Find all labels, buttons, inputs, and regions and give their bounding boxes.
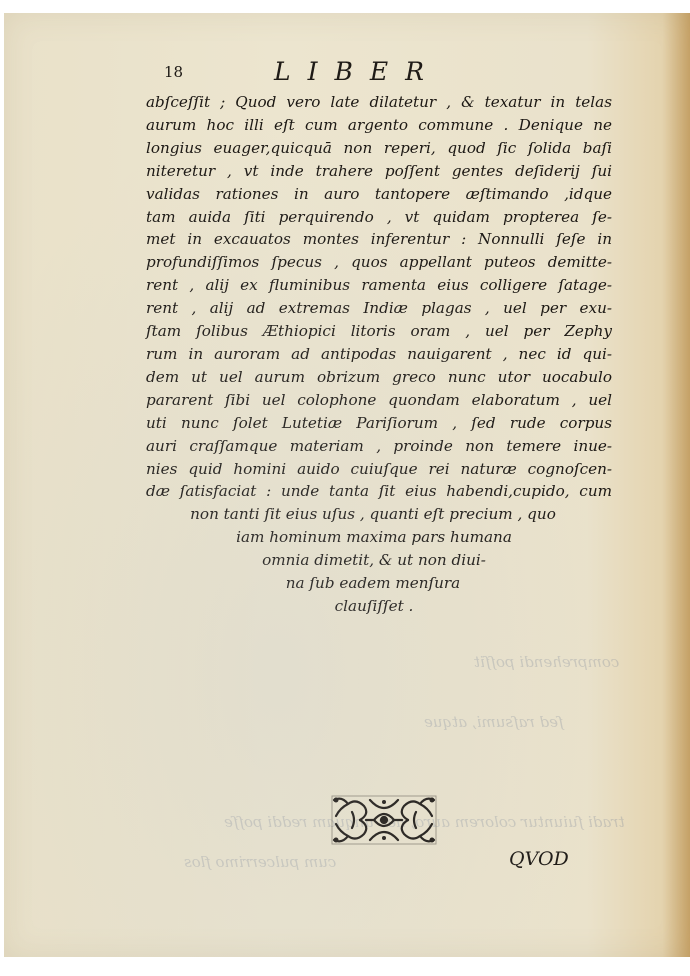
text-line: abſceſſit ; Quod vero late dilatetur , &… (146, 91, 612, 114)
text-line: longius euager,quicquā non reperi, quod … (146, 137, 612, 160)
text-line: nies quid homini auido cuiuſque rei natu… (146, 458, 612, 481)
body-text: abſceſſit ; Quod vero late dilatetur , &… (146, 91, 612, 618)
text-line: met in excauatos montes inferentur : Non… (146, 228, 612, 251)
text-line: auri craſſamque materiam , proinde non t… (146, 435, 612, 458)
text-line: niteretur , vt inde trahere poſſent gent… (146, 160, 612, 183)
text-line: na ſub eadem menſura (146, 572, 612, 595)
running-head: LIBER (274, 57, 441, 86)
text-line: uti nunc ſolet Lutetiæ Pariſiorum , ſed … (146, 412, 612, 435)
text-line: tam auida ſiti perquirendo , vt quidam p… (146, 206, 612, 229)
text-line: non tanti ſit eius uſus , quanti eſt pre… (146, 503, 612, 526)
bleed-through-text: comprehendi poſſit (474, 653, 619, 671)
page-header: 18 LIBER (164, 57, 504, 87)
text-line: pararent ſibi uel colophone quondam elab… (146, 389, 612, 412)
text-line: clauſiſſet . (146, 595, 612, 618)
text-line: aurum hoc illi eſt cum argento commune .… (146, 114, 612, 137)
floral-ornament-icon (330, 794, 438, 846)
book-page: comprehendi poſſit ſed raſsumi, atque tr… (4, 13, 690, 957)
text-line: ſtam ſolibus Æthiopici litoris oram , ue… (146, 320, 612, 343)
catchword: QVOD (509, 848, 569, 870)
text-line: dem ut uel aurum obrizum greco nunc utor… (146, 366, 612, 389)
text-line: rum in auroram ad antipodas nauigarent ,… (146, 343, 612, 366)
text-line: rent , alij ex fluminibus ramenta eius c… (146, 274, 612, 297)
text-line: omnia dimetit, & ut non diui- (146, 549, 612, 572)
text-line: dæ ſatisfaciat : unde tanta ſit eius hab… (146, 480, 612, 503)
page-number: 18 (164, 63, 183, 81)
text-line: rent , alij ad extremas Indiæ plagas , u… (146, 297, 612, 320)
text-line: validas rationes in auro tantopere æſtim… (146, 183, 612, 206)
text-line: iam hominum maxima pars humana (146, 526, 612, 549)
bleed-through-text: cum pulcerrimo flos (184, 853, 336, 871)
text-line: profundiſſimos ſpecus , quos appellant p… (146, 251, 612, 274)
bleed-through-text: ſed raſsumi, atque (424, 713, 564, 731)
